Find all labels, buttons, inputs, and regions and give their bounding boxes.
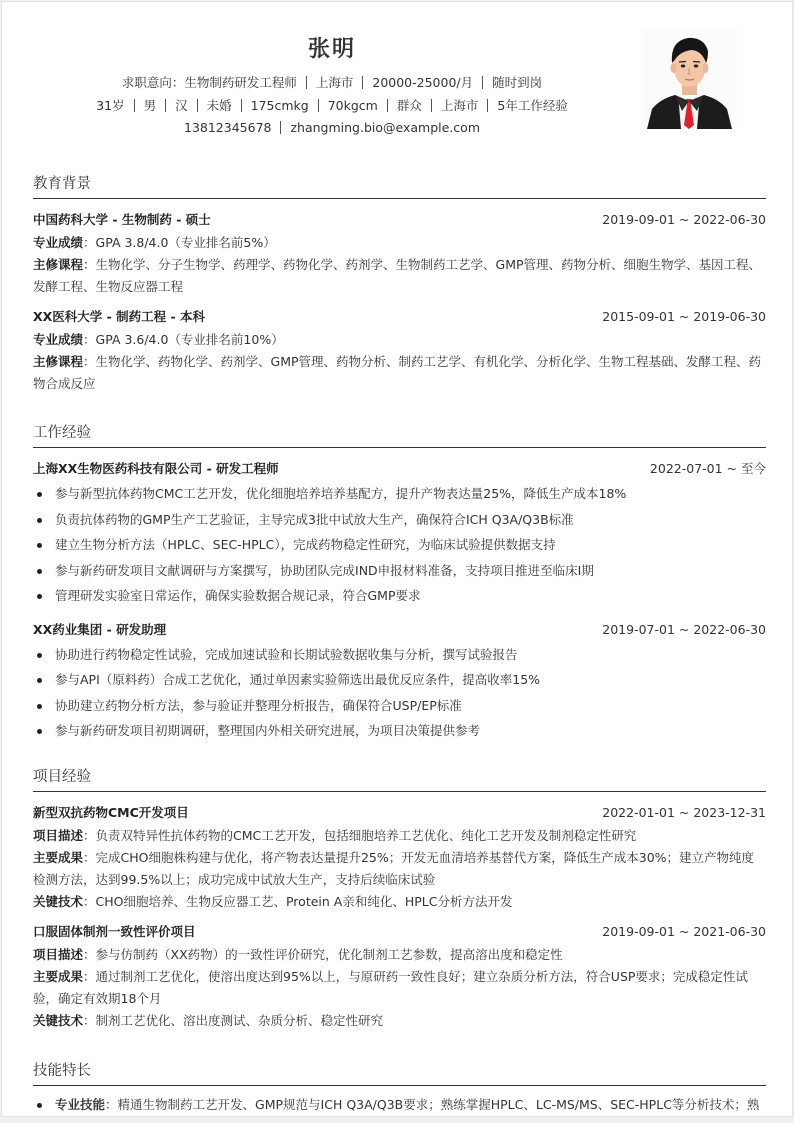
project-name: 新型双抗药物CMC开发项目 [33, 800, 189, 825]
residence: 上海市 [441, 98, 479, 113]
ethnicity: 汉 [175, 98, 188, 113]
divider [241, 99, 242, 112]
skill-label: 专业技能 [55, 1097, 105, 1112]
gpa-line: 专业成绩：GPA 3.8/4.0（专业排名前5%） [33, 232, 766, 254]
list-item: 建立生物分析方法（HPLC、SEC-HPLC），完成药物稳定性研究，为临床试验提… [33, 532, 766, 558]
courses-value: ：生物化学、分子生物学、药理学、药物化学、药剂学、生物制药工艺学、GMP管理、药… [33, 257, 761, 294]
resume-header: 张明 求职意向：生物制药研发工程师上海市20000-25000/月随时到岗 31… [2, 2, 793, 152]
divider [197, 99, 198, 112]
gpa-label: 专业成绩 [33, 235, 83, 250]
email[interactable]: zhangming.bio@example.com [290, 120, 480, 135]
project-description: 项目描述：负责双特异性抗体药物的CMC工艺开发，包括细胞培养工艺优化、纯化工艺开… [33, 825, 766, 847]
courses-line: 主修课程：生物化学、药物化学、药剂学、GMP管理、药物分析、制药工艺学、有机化学… [33, 351, 766, 395]
phone: 13812345678 [184, 120, 271, 135]
desc-value: ：负责双特异性抗体药物的CMC工艺开发，包括细胞培养工艺优化、纯化工艺开发及制剂… [83, 828, 636, 843]
height: 175cmkg [251, 98, 309, 113]
list-item: 参与API（原料药）合成工艺优化，通过单因素实验筛选出最优反应条件，提高收率15… [33, 667, 766, 693]
divider [487, 99, 488, 112]
entry-header: XX药业集团 - 研发助理 2019-07-01 ~ 2022-06-30 [33, 617, 766, 642]
divider [280, 121, 281, 134]
date-range: 2019-07-01 ~ 2022-06-30 [602, 617, 766, 642]
education-entry: 中国药科大学 - 生物制药 - 硕士 2019-09-01 ~ 2022-06-… [33, 207, 766, 298]
company-role: 上海XX生物医药科技有限公司 - 研发工程师 [33, 456, 279, 481]
expected-salary: 20000-25000/月 [372, 75, 473, 90]
candidate-name: 张明 [2, 32, 662, 63]
list-item: 协助进行药物稳定性试验，完成加速试验和长期试验数据收集与分析，撰写试验报告 [33, 642, 766, 668]
project-tech: 关键技术：CHO细胞培养、生物反应器工艺、Protein A亲和纯化、HPLC分… [33, 891, 766, 913]
project-results: 主要成果：完成CHO细胞株构建与优化，将产物表达量提升25%；开发无血清培养基替… [33, 847, 766, 891]
skill-text: ：精通生物制药工艺开发、GMP规范与ICH Q3A/Q3B要求；熟练掌握HPLC… [105, 1097, 759, 1112]
courses-line: 主修课程：生物化学、分子生物学、药理学、药物化学、药剂学、生物制药工艺学、GMP… [33, 254, 766, 298]
result-value: ：完成CHO细胞株构建与优化，将产物表达量提升25%；开发无血清培养基替代方案，… [33, 850, 754, 887]
projects-section: 项目经验 新型双抗药物CMC开发项目 2022-01-01 ~ 2023-12-… [33, 768, 766, 1032]
entry-header: 中国药科大学 - 生物制药 - 硕士 2019-09-01 ~ 2022-06-… [33, 207, 766, 232]
availability: 随时到岗 [492, 75, 542, 90]
political-status: 群众 [397, 98, 422, 113]
project-entry: 口服固体制剂一致性评价项目 2019-09-01 ~ 2021-06-30 项目… [33, 919, 766, 1032]
entry-header: 口服固体制剂一致性评价项目 2019-09-01 ~ 2021-06-30 [33, 919, 766, 944]
education-section: 教育背景 中国药科大学 - 生物制药 - 硕士 2019-09-01 ~ 202… [33, 175, 766, 395]
personal-info-line: 31岁男汉未婚175cmkg70kgcm群众上海市5年工作经验 [2, 96, 662, 114]
desc-label: 项目描述 [33, 828, 83, 843]
list-item: 专业技能：精通生物制药工艺开发、GMP规范与ICH Q3A/Q3B要求；熟练掌握… [33, 1092, 766, 1117]
divider [134, 99, 135, 112]
project-results: 主要成果：通过制剂工艺优化，使溶出度达到95%以上，与原研药一致性良好；建立杂质… [33, 966, 766, 1010]
list-item: 协助建立药物分析方法，参与验证并整理分析报告，确保符合USP/EP标准 [33, 693, 766, 719]
section-title: 技能特长 [33, 1062, 766, 1086]
work-entry: XX药业集团 - 研发助理 2019-07-01 ~ 2022-06-30 协助… [33, 617, 766, 744]
project-name: 口服固体制剂一致性评价项目 [33, 919, 196, 944]
gpa-label: 专业成绩 [33, 332, 83, 347]
courses-label: 主修课程 [33, 354, 83, 369]
section-title: 工作经验 [33, 424, 766, 448]
list-item: 参与新药研发项目初期调研，整理国内外相关研究进展，为项目决策提供参考 [33, 718, 766, 744]
date-range: 2019-09-01 ~ 2021-06-30 [602, 919, 766, 944]
entry-header: XX医科大学 - 制药工程 - 本科 2015-09-01 ~ 2019-06-… [33, 304, 766, 329]
gpa-line: 专业成绩：GPA 3.6/4.0（专业排名前10%） [33, 329, 766, 351]
date-range: 2022-07-01 ~ 至今 [650, 456, 766, 481]
work-entry: 上海XX生物医药科技有限公司 - 研发工程师 2022-07-01 ~ 至今 参… [33, 456, 766, 609]
tech-value: ：制剂工艺优化、溶出度测试、杂质分析、稳定性研究 [83, 1013, 383, 1028]
project-entry: 新型双抗药物CMC开发项目 2022-01-01 ~ 2023-12-31 项目… [33, 800, 766, 913]
divider [318, 99, 319, 112]
tech-value: ：CHO细胞培养、生物反应器工艺、Protein A亲和纯化、HPLC分析方法开… [83, 894, 512, 909]
divider [387, 99, 388, 112]
marital-status: 未婚 [207, 98, 232, 113]
tech-label: 关键技术 [33, 894, 83, 909]
gpa-value: ：GPA 3.6/4.0（专业排名前10%） [83, 332, 284, 347]
work-section: 工作经验 上海XX生物医药科技有限公司 - 研发工程师 2022-07-01 ~… [33, 424, 766, 744]
skills-list: 专业技能：精通生物制药工艺开发、GMP规范与ICH Q3A/Q3B要求；熟练掌握… [33, 1092, 766, 1117]
divider [306, 76, 307, 89]
resume-page: 张明 求职意向：生物制药研发工程师上海市20000-25000/月随时到岗 31… [1, 1, 793, 1117]
project-description: 项目描述：参与仿制药（XX药物）的一致性评价研究，优化制剂工艺参数，提高溶出度和… [33, 944, 766, 966]
date-range: 2019-09-01 ~ 2022-06-30 [602, 207, 766, 232]
weight: 70kgcm [328, 98, 378, 113]
tech-label: 关键技术 [33, 1013, 83, 1028]
contact-line: 13812345678zhangming.bio@example.com [2, 120, 662, 135]
duty-list: 协助进行药物稳定性试验，完成加速试验和长期试验数据收集与分析，撰写试验报告 参与… [33, 642, 766, 744]
project-tech: 关键技术：制剂工艺优化、溶出度测试、杂质分析、稳定性研究 [33, 1010, 766, 1032]
profile-photo [642, 29, 737, 129]
intended-city: 上海市 [316, 75, 354, 90]
divider [431, 99, 432, 112]
avatar-illustration-icon [642, 29, 737, 129]
divider [165, 99, 166, 112]
date-range: 2022-01-01 ~ 2023-12-31 [602, 800, 766, 825]
divider [362, 76, 363, 89]
education-entry: XX医科大学 - 制药工程 - 本科 2015-09-01 ~ 2019-06-… [33, 304, 766, 395]
list-item: 管理研发实验室日常运作，确保实验数据合规记录，符合GMP要求 [33, 583, 766, 609]
result-label: 主要成果 [33, 969, 83, 984]
result-label: 主要成果 [33, 850, 83, 865]
job-intention-line: 求职意向：生物制药研发工程师上海市20000-25000/月随时到岗 [2, 73, 662, 91]
skills-section: 技能特长 专业技能：精通生物制药工艺开发、GMP规范与ICH Q3A/Q3B要求… [33, 1062, 766, 1117]
school-degree: 中国药科大学 - 生物制药 - 硕士 [33, 207, 211, 232]
age: 31岁 [96, 98, 124, 113]
list-item: 参与新药研发项目文献调研与方案撰写，协助团队完成IND申报材料准备，支持项目推进… [33, 558, 766, 584]
work-years: 5年工作经验 [497, 98, 567, 113]
section-title: 教育背景 [33, 175, 766, 199]
list-item: 负责抗体药物的GMP生产工艺验证，主导完成3批中试放大生产，确保符合ICH Q3… [33, 507, 766, 533]
gender: 男 [144, 98, 157, 113]
list-item: 参与新型抗体药物CMC工艺开发，优化细胞培养培养基配方，提升产物表达量25%，降… [33, 481, 766, 507]
entry-header: 新型双抗药物CMC开发项目 2022-01-01 ~ 2023-12-31 [33, 800, 766, 825]
job-intention: 求职意向：生物制药研发工程师 [122, 75, 297, 90]
desc-label: 项目描述 [33, 947, 83, 962]
divider [482, 76, 483, 89]
result-value: ：通过制剂工艺优化，使溶出度达到95%以上，与原研药一致性良好；建立杂质分析方法… [33, 969, 748, 1006]
section-title: 项目经验 [33, 768, 766, 792]
company-role: XX药业集团 - 研发助理 [33, 617, 166, 642]
entry-header: 上海XX生物医药科技有限公司 - 研发工程师 2022-07-01 ~ 至今 [33, 456, 766, 481]
duty-list: 参与新型抗体药物CMC工艺开发，优化细胞培养培养基配方，提升产物表达量25%，降… [33, 481, 766, 609]
gpa-value: ：GPA 3.8/4.0（专业排名前5%） [83, 235, 276, 250]
school-degree: XX医科大学 - 制药工程 - 本科 [33, 304, 205, 329]
date-range: 2015-09-01 ~ 2019-06-30 [602, 304, 766, 329]
courses-value: ：生物化学、药物化学、药剂学、GMP管理、药物分析、制药工艺学、有机化学、分析化… [33, 354, 761, 391]
courses-label: 主修课程 [33, 257, 83, 272]
desc-value: ：参与仿制药（XX药物）的一致性评价研究，优化制剂工艺参数，提高溶出度和稳定性 [83, 947, 563, 962]
